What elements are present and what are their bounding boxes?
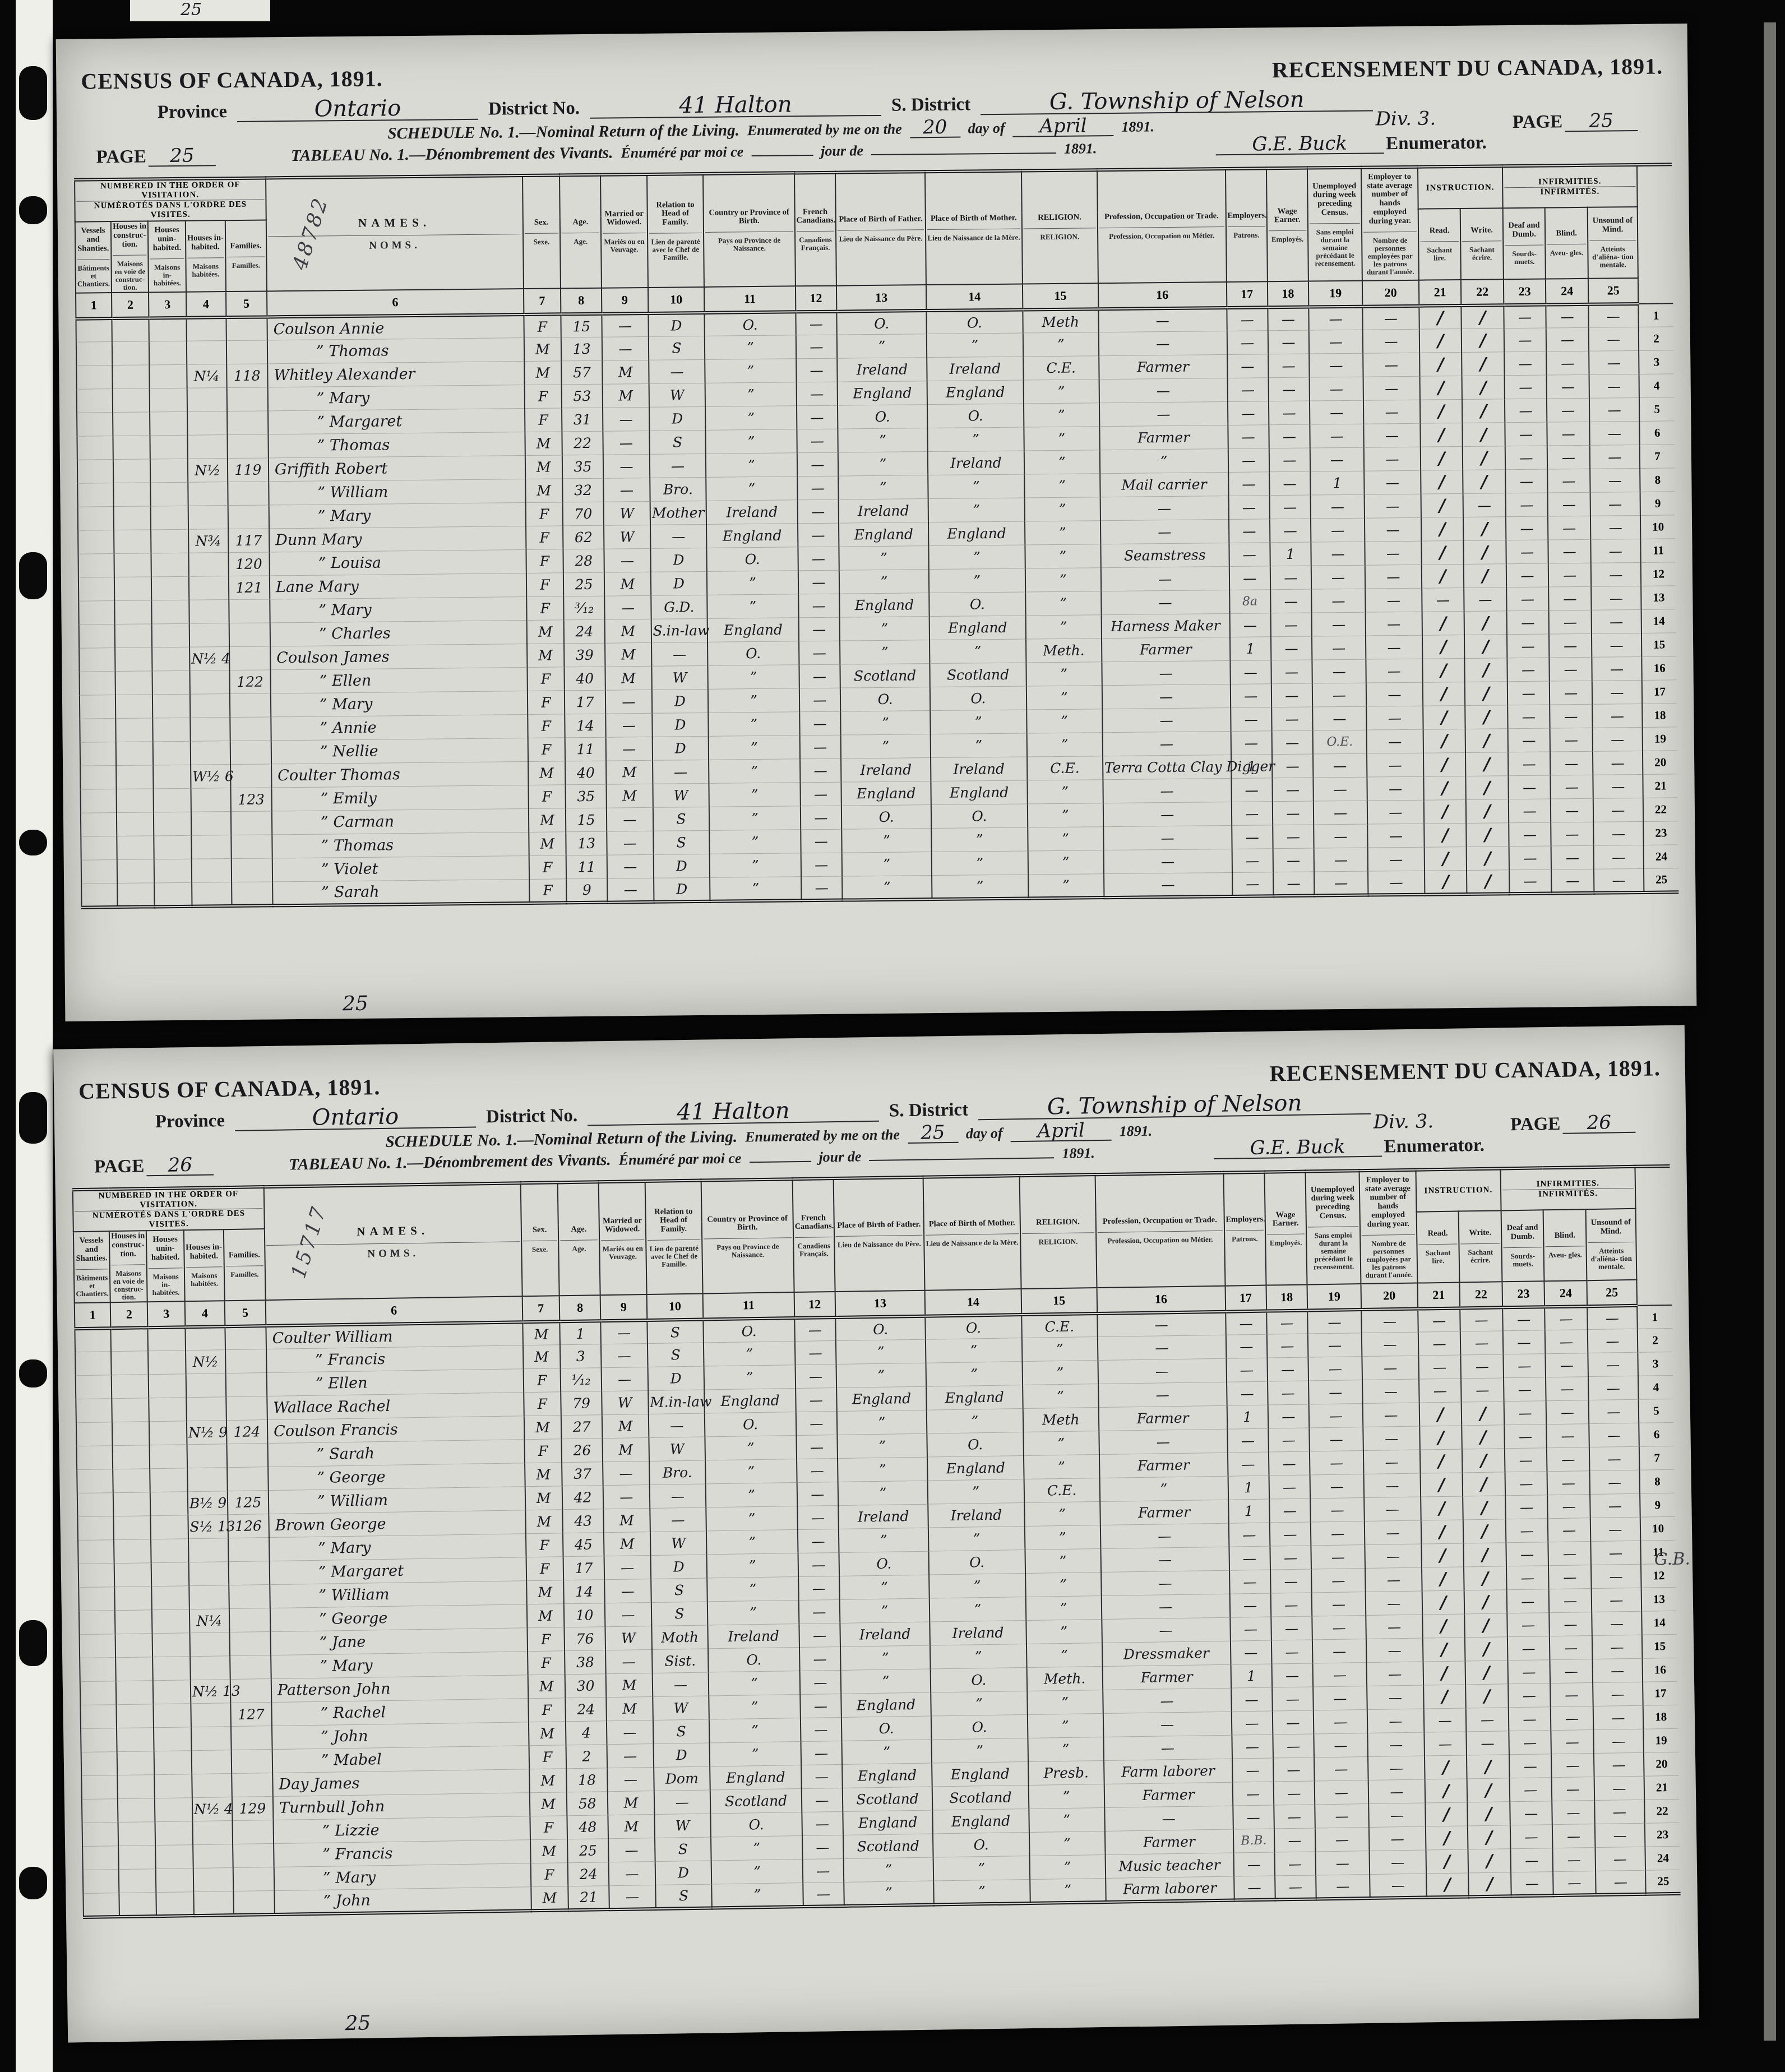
census-cell — [229, 646, 271, 670]
subdistrict-value: G. Township of Nelson — [981, 87, 1373, 115]
census-cell: S — [647, 1319, 704, 1343]
census-cell: — — [1547, 1495, 1590, 1519]
census-cell: Meth — [1023, 309, 1098, 333]
census-cell: D — [654, 878, 710, 902]
census-cell: England — [710, 1765, 801, 1790]
census-cell: ” — [1025, 1596, 1102, 1621]
census-cell: — — [1270, 589, 1312, 613]
census-cell: M — [605, 643, 651, 667]
census-cell: — — [1551, 869, 1594, 894]
census-cell: — — [799, 641, 840, 665]
census-cell: M — [529, 1722, 566, 1746]
census-cell: — — [605, 714, 652, 738]
census-cell: — — [1363, 377, 1420, 401]
census-cell: — — [1101, 590, 1229, 615]
census-cell: — — [1509, 1707, 1551, 1731]
census-cell — [113, 483, 151, 507]
census-cell — [115, 695, 153, 719]
census-cell — [113, 1516, 151, 1540]
census-cell — [230, 717, 271, 741]
census-cell: Ireland — [928, 1503, 1024, 1528]
census-cell: ” — [711, 1860, 803, 1884]
census-cell: — — [1550, 1636, 1592, 1660]
enumerator-signature: G.E. Buck — [1213, 1137, 1382, 1159]
census-cell — [81, 860, 117, 884]
census-cell: — — [607, 1720, 653, 1745]
column-number: 19 — [1307, 1284, 1361, 1310]
jour-de-label: jour de — [818, 1148, 861, 1165]
census-cell: Turnbull John — [273, 1793, 530, 1820]
census-cell: 125 — [227, 1491, 269, 1515]
census-cell — [189, 576, 229, 600]
census-cell: O. — [705, 312, 796, 336]
census-cell: ” — [710, 877, 801, 901]
census-cell: / — [1464, 1590, 1507, 1614]
census-cell: — — [1548, 516, 1590, 540]
census-cell: — — [1507, 681, 1550, 705]
census-cell: Scotland — [932, 1786, 1029, 1811]
census-cell: — — [801, 1765, 843, 1789]
census-cell: Ireland — [839, 499, 929, 524]
census-cell: — — [1546, 304, 1589, 329]
census-cell: ” George — [268, 1463, 525, 1491]
census-cell: 15 — [561, 314, 602, 338]
census-cell: — — [1311, 566, 1366, 590]
column-number: 2 — [112, 292, 149, 318]
enumerated-text-fr: Énuméré par moi ce — [621, 144, 743, 161]
census-cell: ” William — [270, 1581, 526, 1608]
census-cell: Farm laborer — [1104, 1759, 1232, 1784]
census-cell: — — [1509, 1754, 1552, 1778]
census-cell: — — [1367, 1709, 1424, 1733]
census-cell: — — [799, 712, 841, 736]
census-cell — [151, 483, 188, 507]
census-cell: F — [524, 1439, 562, 1463]
census-cell: F — [528, 714, 565, 738]
census-cell: O. — [707, 547, 798, 572]
column-number: 12 — [796, 286, 837, 312]
census-cell: F — [525, 408, 562, 432]
census-cell: F — [529, 1745, 566, 1769]
row-number: 3 — [1638, 1352, 1673, 1376]
census-cell: — — [1506, 1589, 1549, 1613]
census-cell: — — [1424, 1708, 1467, 1732]
census-cell — [112, 341, 150, 366]
census-cell — [80, 766, 116, 790]
census-cell — [225, 1349, 267, 1373]
census-cell: 123 — [230, 788, 272, 812]
census-cell: / — [1426, 1873, 1469, 1897]
census-cell: ” — [840, 711, 931, 736]
census-cell: 119 — [228, 458, 269, 482]
census-cell: ” — [928, 427, 1024, 452]
row-number: 23 — [1643, 821, 1678, 845]
census-cell — [117, 812, 154, 836]
column-header: Place of Birth of Father.Lieu de Naissan… — [835, 172, 926, 285]
census-cell: ” — [1025, 1549, 1101, 1574]
census-cell: ” Ellen — [267, 1369, 524, 1396]
census-cell — [226, 317, 267, 341]
margin-note: G.B. — [1654, 1549, 1691, 1569]
census-cell: — — [1365, 1521, 1421, 1545]
census-cell: Ireland — [706, 500, 798, 525]
census-cell: — — [1270, 519, 1311, 543]
previous-page-number: 25 — [181, 0, 202, 20]
census-cell: Music teacher — [1105, 1853, 1233, 1879]
census-cell: F — [523, 1368, 561, 1393]
census-cell: — — [1312, 1616, 1366, 1640]
census-cell: F — [528, 785, 566, 809]
census-cell: 117 — [228, 529, 270, 553]
census-cell: — — [1229, 1570, 1271, 1594]
film-blob — [19, 196, 47, 224]
column-number: 17 — [1226, 281, 1268, 308]
census-cell: ” — [1024, 1455, 1100, 1479]
census-cell — [227, 411, 269, 435]
census-cell: / — [1426, 1826, 1468, 1850]
census-cell — [114, 1563, 152, 1587]
census-cell: ” Carman — [272, 809, 529, 835]
district-label: District No. — [486, 1106, 578, 1127]
census-cell: — — [1365, 1544, 1422, 1569]
census-cell: / — [1419, 376, 1462, 400]
province-label: Province — [158, 101, 227, 123]
census-cell — [80, 1705, 117, 1729]
census-cell: — — [1463, 493, 1506, 517]
census-cell: / — [1462, 305, 1504, 329]
census-cell: 26 — [561, 1439, 603, 1463]
census-cell: / — [1465, 682, 1507, 706]
census-cell — [233, 1891, 275, 1915]
census-cell: — — [1314, 825, 1368, 849]
census-cell: ” — [1026, 1620, 1102, 1644]
census-cell — [77, 460, 113, 484]
census-cell — [77, 1469, 113, 1493]
census-cell — [76, 366, 112, 390]
census-cell: — — [607, 1744, 654, 1768]
census-cell: / — [1467, 1778, 1510, 1802]
census-cell: — — [1271, 636, 1312, 660]
census-cell: — — [795, 1341, 836, 1365]
census-cell: Farmer — [1102, 1665, 1231, 1690]
census-cell: — — [1308, 1333, 1362, 1357]
census-cell: — — [1504, 1401, 1546, 1425]
census-cell: — — [1593, 822, 1644, 846]
census-cell: 32 — [562, 479, 604, 503]
census-cell: — — [1367, 1685, 1423, 1709]
census-cell: — — [1594, 869, 1644, 893]
census-cell: ” John — [272, 1722, 529, 1750]
census-cell: — — [1314, 1710, 1368, 1734]
census-cell: — — [1419, 1379, 1462, 1403]
census-cell — [81, 789, 117, 813]
census-cell: M — [524, 1416, 561, 1440]
census-cell: — — [1460, 1331, 1503, 1355]
census-cell: — — [1269, 448, 1311, 473]
census-cell: — — [1272, 754, 1314, 778]
census-cell — [228, 482, 269, 506]
census-cell: — — [797, 453, 839, 477]
census-cell: — — [1507, 658, 1550, 682]
census-cell: — — [1589, 374, 1639, 399]
column-header: Married or Widowed.Mariés ou en Veuvage. — [599, 1181, 646, 1295]
row-number: 7 — [1640, 445, 1675, 469]
census-cell — [189, 600, 229, 624]
census-cell — [191, 859, 231, 883]
column-number: 1 — [75, 1302, 111, 1329]
row-number: 10 — [1640, 515, 1675, 539]
census-cell: — — [797, 429, 838, 454]
row-number: 15 — [1642, 1635, 1677, 1659]
census-cell: — — [1231, 778, 1273, 802]
census-cell — [148, 1350, 186, 1375]
column-number: 11 — [704, 286, 796, 313]
census-cell: — — [1310, 401, 1364, 425]
census-cell: M — [528, 1675, 565, 1699]
census-cell: — — [1268, 1428, 1310, 1452]
census-cell: 35 — [565, 785, 607, 809]
census-cell: Farmer — [1098, 1406, 1227, 1431]
census-cell: M — [607, 784, 653, 808]
census-cell: — — [1312, 707, 1367, 731]
census-cell: ” Thomas — [267, 338, 524, 364]
census-cell: 4 — [566, 1721, 607, 1745]
census-cell — [192, 1774, 232, 1798]
district-label: District No. — [488, 98, 580, 120]
column-header: Houses in construc- tion.Maisons en voie… — [109, 1231, 147, 1302]
census-cell — [113, 412, 150, 436]
census-cell: D — [652, 737, 709, 761]
census-cell: — — [801, 830, 842, 854]
census-cell: ” — [1100, 449, 1228, 474]
census-cell — [189, 1632, 230, 1657]
census-cell — [78, 601, 114, 625]
census-cell: — — [1507, 1636, 1550, 1661]
census-cell: 24 — [564, 620, 605, 644]
census-cell: — — [1361, 1309, 1418, 1333]
census-cell: — — [1368, 871, 1425, 895]
census-cell — [83, 1870, 119, 1894]
film-blob — [19, 1867, 47, 1899]
census-cell: — — [1268, 378, 1310, 402]
census-cell: 9 — [566, 879, 608, 903]
census-cell: ” — [1025, 1525, 1101, 1550]
census-cell: — — [1506, 587, 1549, 611]
census-cell: — — [1510, 1825, 1553, 1849]
page-number: 25 — [149, 146, 216, 166]
census-cell: — — [1272, 1687, 1314, 1711]
census-cell: ” — [707, 571, 798, 595]
census-cell: O. — [838, 405, 928, 429]
census-cell: — — [1314, 848, 1368, 872]
census-cell: / — [1420, 1449, 1463, 1473]
census-cell: — — [1551, 1730, 1594, 1754]
census-cell — [112, 318, 150, 342]
census-cell — [188, 506, 228, 530]
census-cell: N½ — [188, 459, 228, 483]
column-header: Blind.Aveu- gles. — [1543, 1209, 1587, 1281]
row-number: 14 — [1641, 1611, 1677, 1635]
census-cell — [228, 1561, 270, 1585]
census-cell: B.B. — [1233, 1829, 1274, 1853]
census-cell: — — [1315, 1780, 1369, 1805]
census-cell: O. — [835, 1316, 926, 1341]
census-cell: / — [1422, 1590, 1464, 1615]
census-cell: Ireland — [927, 357, 1023, 381]
census-cell: / — [1464, 540, 1506, 565]
census-cell: — — [1363, 1427, 1419, 1451]
census-cell — [80, 719, 115, 743]
census-cell — [116, 742, 154, 766]
column-header: Houses unin- habited.Maisons in- habitée… — [146, 1230, 184, 1302]
census-cell — [150, 412, 187, 436]
census-cell: — — [1589, 398, 1640, 422]
census-cell: ” — [711, 1836, 802, 1861]
census-cell: M — [522, 1321, 560, 1345]
census-cell: / — [1421, 541, 1464, 565]
census-cell: 2 — [566, 1745, 608, 1769]
census-cell: — — [1314, 801, 1368, 825]
census-cell: ” Thomas — [272, 832, 529, 858]
census-cell: 18 — [566, 1768, 608, 1792]
census-cell: / — [1463, 1519, 1506, 1543]
census-cell: — — [1590, 516, 1641, 540]
census-cell — [78, 507, 114, 531]
census-cell: Ireland — [928, 451, 1024, 475]
census-cell: — — [1101, 567, 1229, 591]
census-cell: ” — [710, 1742, 801, 1766]
census-cell: ” — [1024, 403, 1099, 427]
census-cell: Scotland — [710, 1789, 802, 1814]
census-cell: / — [1421, 470, 1463, 494]
census-cell: — — [1550, 728, 1593, 752]
column-number: 24 — [1544, 1280, 1587, 1307]
census-cell: ” — [709, 806, 801, 831]
census-cell — [191, 1750, 232, 1774]
census-cell: F — [527, 1627, 565, 1652]
census-cell: F — [529, 879, 567, 903]
census-cell: O. — [931, 1668, 1027, 1693]
census-cell — [154, 836, 192, 860]
census-cell: ” Margaret — [268, 409, 525, 434]
census-cell: — — [1589, 327, 1639, 351]
column-group-header: INSTRUCTION. — [1416, 1168, 1501, 1211]
census-cell: — — [1104, 1806, 1233, 1831]
census-cell — [80, 1658, 116, 1682]
census-cell: — — [1593, 798, 1644, 822]
census-cell: ” Sarah — [267, 1440, 524, 1467]
census-cell: — — [1098, 308, 1227, 332]
census-cell: — — [609, 1885, 655, 1909]
census-cell: / — [1468, 1825, 1510, 1849]
census-cell — [82, 1846, 119, 1870]
jour-blank — [751, 155, 813, 156]
census-cell: — — [1592, 681, 1643, 705]
census-cell: — — [1310, 448, 1365, 472]
census-cell: ” Mary — [269, 1534, 526, 1561]
column-number: 10 — [648, 287, 705, 313]
census-cell — [155, 883, 192, 907]
census-cell: — — [1272, 778, 1314, 802]
census-cell: ” — [928, 474, 1024, 499]
title-english: CENSUS OF CANADA, 1891. — [78, 1074, 381, 1104]
column-number: 23 — [1504, 279, 1546, 305]
census-cell: ” Mary — [268, 385, 525, 411]
census-cell: M — [526, 620, 564, 644]
census-cell: C.E. — [1023, 356, 1099, 380]
census-cell — [149, 341, 187, 366]
census-cell: — — [1230, 1617, 1271, 1641]
census-cell: ” Louisa — [269, 550, 526, 576]
census-cell — [193, 1891, 234, 1916]
column-number: 14 — [926, 284, 1023, 311]
census-cell: — — [1268, 1404, 1309, 1428]
census-cell: M — [604, 572, 651, 596]
census-cell: / — [1419, 306, 1462, 330]
census-cell: 17 — [563, 1556, 605, 1580]
census-cell: Dressmaker — [1102, 1641, 1231, 1667]
census-cell — [114, 1587, 152, 1611]
row-number: 9 — [1640, 492, 1675, 516]
census-cell: — — [1467, 1731, 1509, 1755]
census-cell: — — [796, 382, 838, 406]
census-cell: — — [604, 1579, 651, 1603]
census-cell: — — [1547, 422, 1590, 446]
census-cell: England — [838, 381, 928, 406]
census-cell: ” — [1028, 803, 1103, 827]
census-cell — [114, 577, 152, 601]
film-blob — [19, 66, 47, 120]
column-number: 11 — [703, 1292, 794, 1319]
census-cell: C.E. — [1024, 1478, 1100, 1503]
census-cell — [78, 1540, 114, 1564]
census-cell: — — [1363, 1403, 1419, 1427]
column-header: French Canadians.Canadiens Français. — [792, 1178, 835, 1292]
column-header: Wage Earner.Employés. — [1264, 1172, 1307, 1285]
census-cell — [112, 365, 150, 389]
census-cell: — — [1507, 1660, 1550, 1684]
row-number: 5 — [1639, 397, 1674, 422]
census-cell: — — [796, 1388, 837, 1412]
census-cell: O.E. — [1313, 730, 1367, 755]
census-cell: — — [1266, 1310, 1308, 1334]
census-cell: — — [1552, 1824, 1595, 1848]
census-cell: ” — [841, 1740, 932, 1765]
census-cell: — — [1551, 775, 1593, 799]
census-cell: ” — [707, 1553, 798, 1578]
census-cell: / — [1468, 1872, 1511, 1897]
census-cell: — — [1227, 307, 1268, 331]
census-cell: — — [1506, 563, 1549, 588]
row-number: 19 — [1643, 727, 1677, 751]
census-cell: M — [604, 1532, 650, 1556]
row-number: 5 — [1639, 1399, 1674, 1423]
census-cell: — — [1546, 1400, 1589, 1424]
census-cell: / — [1419, 1426, 1462, 1450]
census-cell — [114, 1539, 151, 1564]
census-cell: — — [1547, 469, 1590, 493]
census-cell — [231, 835, 272, 859]
row-number: 20 — [1644, 1752, 1679, 1777]
census-cell: ” — [1026, 709, 1102, 733]
census-cell: — — [1269, 1498, 1311, 1523]
row-number: 22 — [1644, 1800, 1680, 1824]
census-cell — [152, 671, 190, 695]
census-cell: ” — [931, 733, 1027, 758]
census-cell: — — [797, 477, 839, 501]
census-cell: — — [1592, 1635, 1643, 1659]
census-cell: — — [800, 759, 841, 783]
